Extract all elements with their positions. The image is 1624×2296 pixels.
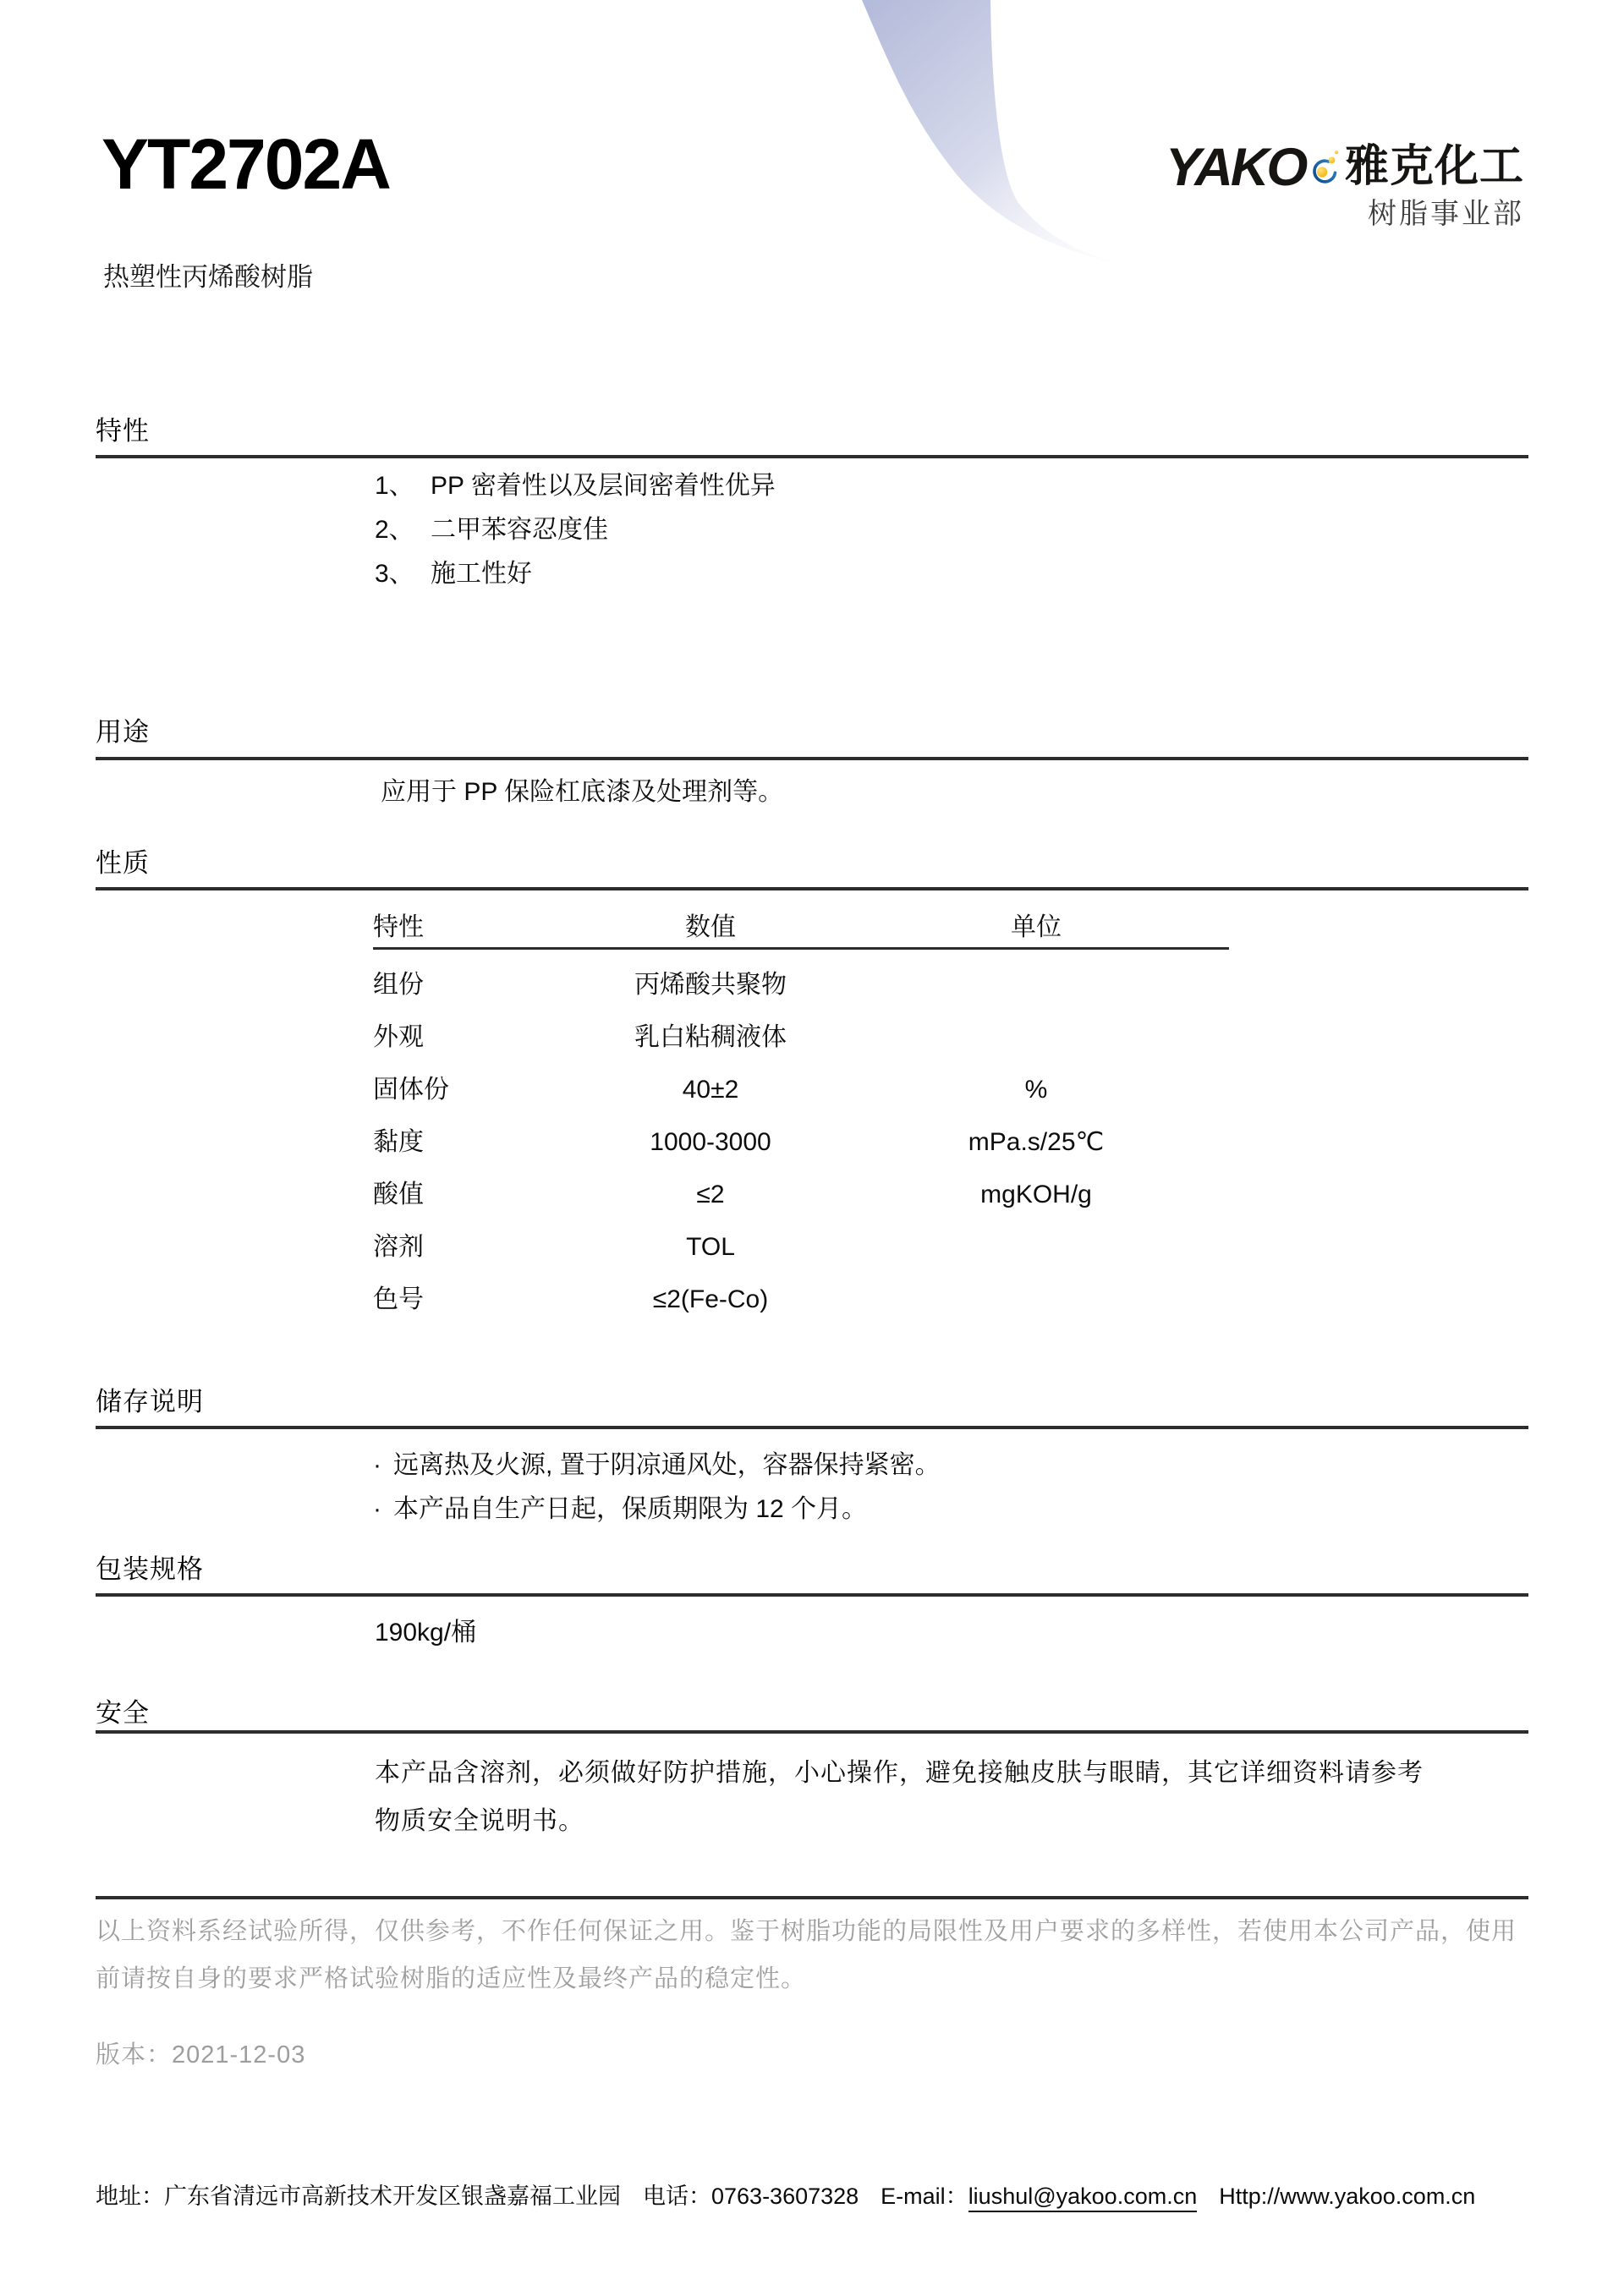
header-swoosh-shape [862,0,1155,271]
table-row: 酸值 ≤2 mgKOH/g [0,1181,1624,1233]
storage-bullet: · 本产品自生产日起，保质期限为 12 个月。 [373,1495,941,1539]
property-value: ≤2 [541,1181,880,1210]
section-rule-safety [96,1730,1528,1734]
feature-number: 2、 [375,516,431,545]
safety-text-line2: 物质安全说明书。 [375,1797,1533,1845]
section-rule-properties [96,887,1528,890]
section-heading-features: 特性 [96,416,150,447]
features-list: 1、 PP 密着性以及层间密着性优异 2、 二甲苯容忍度佳 3、 施工性好 [375,472,776,604]
section-heading-properties: 性质 [96,848,150,879]
storage-text: 远离热及火源, 置于阴凉通风处，容器保持紧密。 [393,1451,941,1481]
footer-email-link[interactable]: liushul@yakoo.com.cn [968,2184,1198,2212]
section-heading-safety: 安全 [96,1698,150,1729]
footer: 地址：广东省清远市高新技术开发区银盏嘉福工业园 电话：0763-3607328 … [96,2184,1475,2212]
property-label: 溶剂 [373,1233,424,1263]
bullet-dot: · [373,1451,393,1481]
footer-email: E-mail：liushul@yakoo.com.cn [881,2184,1197,2212]
property-label: 黏度 [373,1128,424,1158]
property-value: 丙烯酸共聚物 [541,971,880,1000]
table-row: 固体份 40±2 % [0,1076,1624,1128]
column-header-unit: 单位 [871,913,1201,943]
properties-table-header-rule [373,947,1229,950]
packaging-text: 190kg/桶 [375,1619,476,1648]
property-unit: mgKOH/g [871,1181,1201,1210]
table-row: 外观 乳白粘稠液体 [0,1023,1624,1076]
property-value: 1000-3000 [541,1128,880,1158]
properties-table: 组份 丙烯酸共聚物 外观 乳白粘稠液体 固体份 40±2 % 黏度 1000-3… [0,971,1624,1338]
disclaimer-line2: 前请按自身的要求严格试验树脂的适应性及最终产品的稳定性。 [96,1965,806,1993]
section-heading-usage: 用途 [96,717,150,748]
storage-bullet: · 远离热及火源, 置于阴凉通风处，容器保持紧密。 [373,1451,941,1495]
feature-item: 3、 施工性好 [375,560,776,604]
section-rule-usage [96,757,1528,760]
table-row: 色号 ≤2(Fe-Co) [0,1285,1624,1338]
version-text: 版本：2021-12-03 [96,2041,305,2069]
property-label: 外观 [373,1023,424,1053]
properties-table-header: 特性 数值 单位 [0,913,1624,947]
page-title: YT2702A [101,123,390,205]
datasheet-page: YT2702A 热塑性丙烯酸树脂 YAKO 雅克化工 树脂事业部 特性 1、 P… [0,0,1624,2296]
table-row: 组份 丙烯酸共聚物 [0,971,1624,1023]
footer-phone: 电话：0763-3607328 [643,2184,859,2212]
property-label: 固体份 [373,1076,449,1105]
divider-rule [96,1896,1528,1899]
division-name: 树脂事业部 [1166,198,1524,231]
yako-wordmark: YAKO [1166,137,1305,198]
footer-email-label: E-mail： [881,2184,968,2212]
property-value: TOL [541,1233,880,1263]
footer-address: 地址：广东省清远市高新技术开发区银盏嘉福工业园 [96,2184,621,2212]
table-row: 黏度 1000-3000 mPa.s/25℃ [0,1128,1624,1181]
section-heading-storage: 储存说明 [96,1387,204,1417]
storage-text: 本产品自生产日起，保质期限为 12 个月。 [393,1495,867,1525]
section-rule-storage [96,1426,1528,1429]
column-header-property: 特性 [373,913,424,943]
disclaimer-line1: 以上资料系经试验所得，仅供参考，不作任何保证之用。鉴于树脂功能的局限性及用户要求… [96,1918,1517,1946]
table-row: 溶剂 TOL [0,1233,1624,1285]
column-header-value: 数值 [541,913,880,943]
feature-text: 二甲苯容忍度佳 [431,516,608,545]
company-name: 雅克化工 [1345,142,1524,193]
feature-number: 1、 [375,472,431,501]
feature-item: 2、 二甲苯容忍度佳 [375,516,776,560]
section-rule-features [96,455,1528,458]
section-rule-packaging [96,1593,1528,1597]
property-value: 乳白粘稠液体 [541,1023,880,1053]
page-subtitle: 热塑性丙烯酸树脂 [103,262,313,293]
safety-text-line1: 本产品含溶剂，必须做好防护措施，小心操作，避免接触皮肤与眼睛，其它详细资料请参考 [375,1749,1533,1797]
property-unit: % [871,1076,1201,1105]
feature-text: PP 密着性以及层间密着性优异 [431,472,776,501]
property-value: 40±2 [541,1076,880,1105]
property-label: 酸值 [373,1181,424,1210]
feature-item: 1、 PP 密着性以及层间密着性优异 [375,472,776,516]
bullet-dot: · [373,1495,393,1525]
property-label: 组份 [373,971,424,1000]
property-label: 色号 [373,1285,424,1315]
feature-number: 3、 [375,560,431,589]
property-value: ≤2(Fe-Co) [541,1285,880,1315]
feature-text: 施工性好 [431,560,532,589]
safety-text: 本产品含溶剂，必须做好防护措施，小心操作，避免接触皮肤与眼睛，其它详细资料请参考… [375,1749,1533,1845]
section-heading-packaging: 包装规格 [96,1554,204,1585]
storage-list: · 远离热及火源, 置于阴凉通风处，容器保持紧密。 · 本产品自生产日起，保质期… [373,1451,941,1539]
usage-text: 应用于 PP 保险杠底漆及处理剂等。 [381,778,783,808]
footer-website: Http://www.yakoo.com.cn [1219,2184,1475,2212]
property-unit: mPa.s/25℃ [871,1128,1201,1158]
